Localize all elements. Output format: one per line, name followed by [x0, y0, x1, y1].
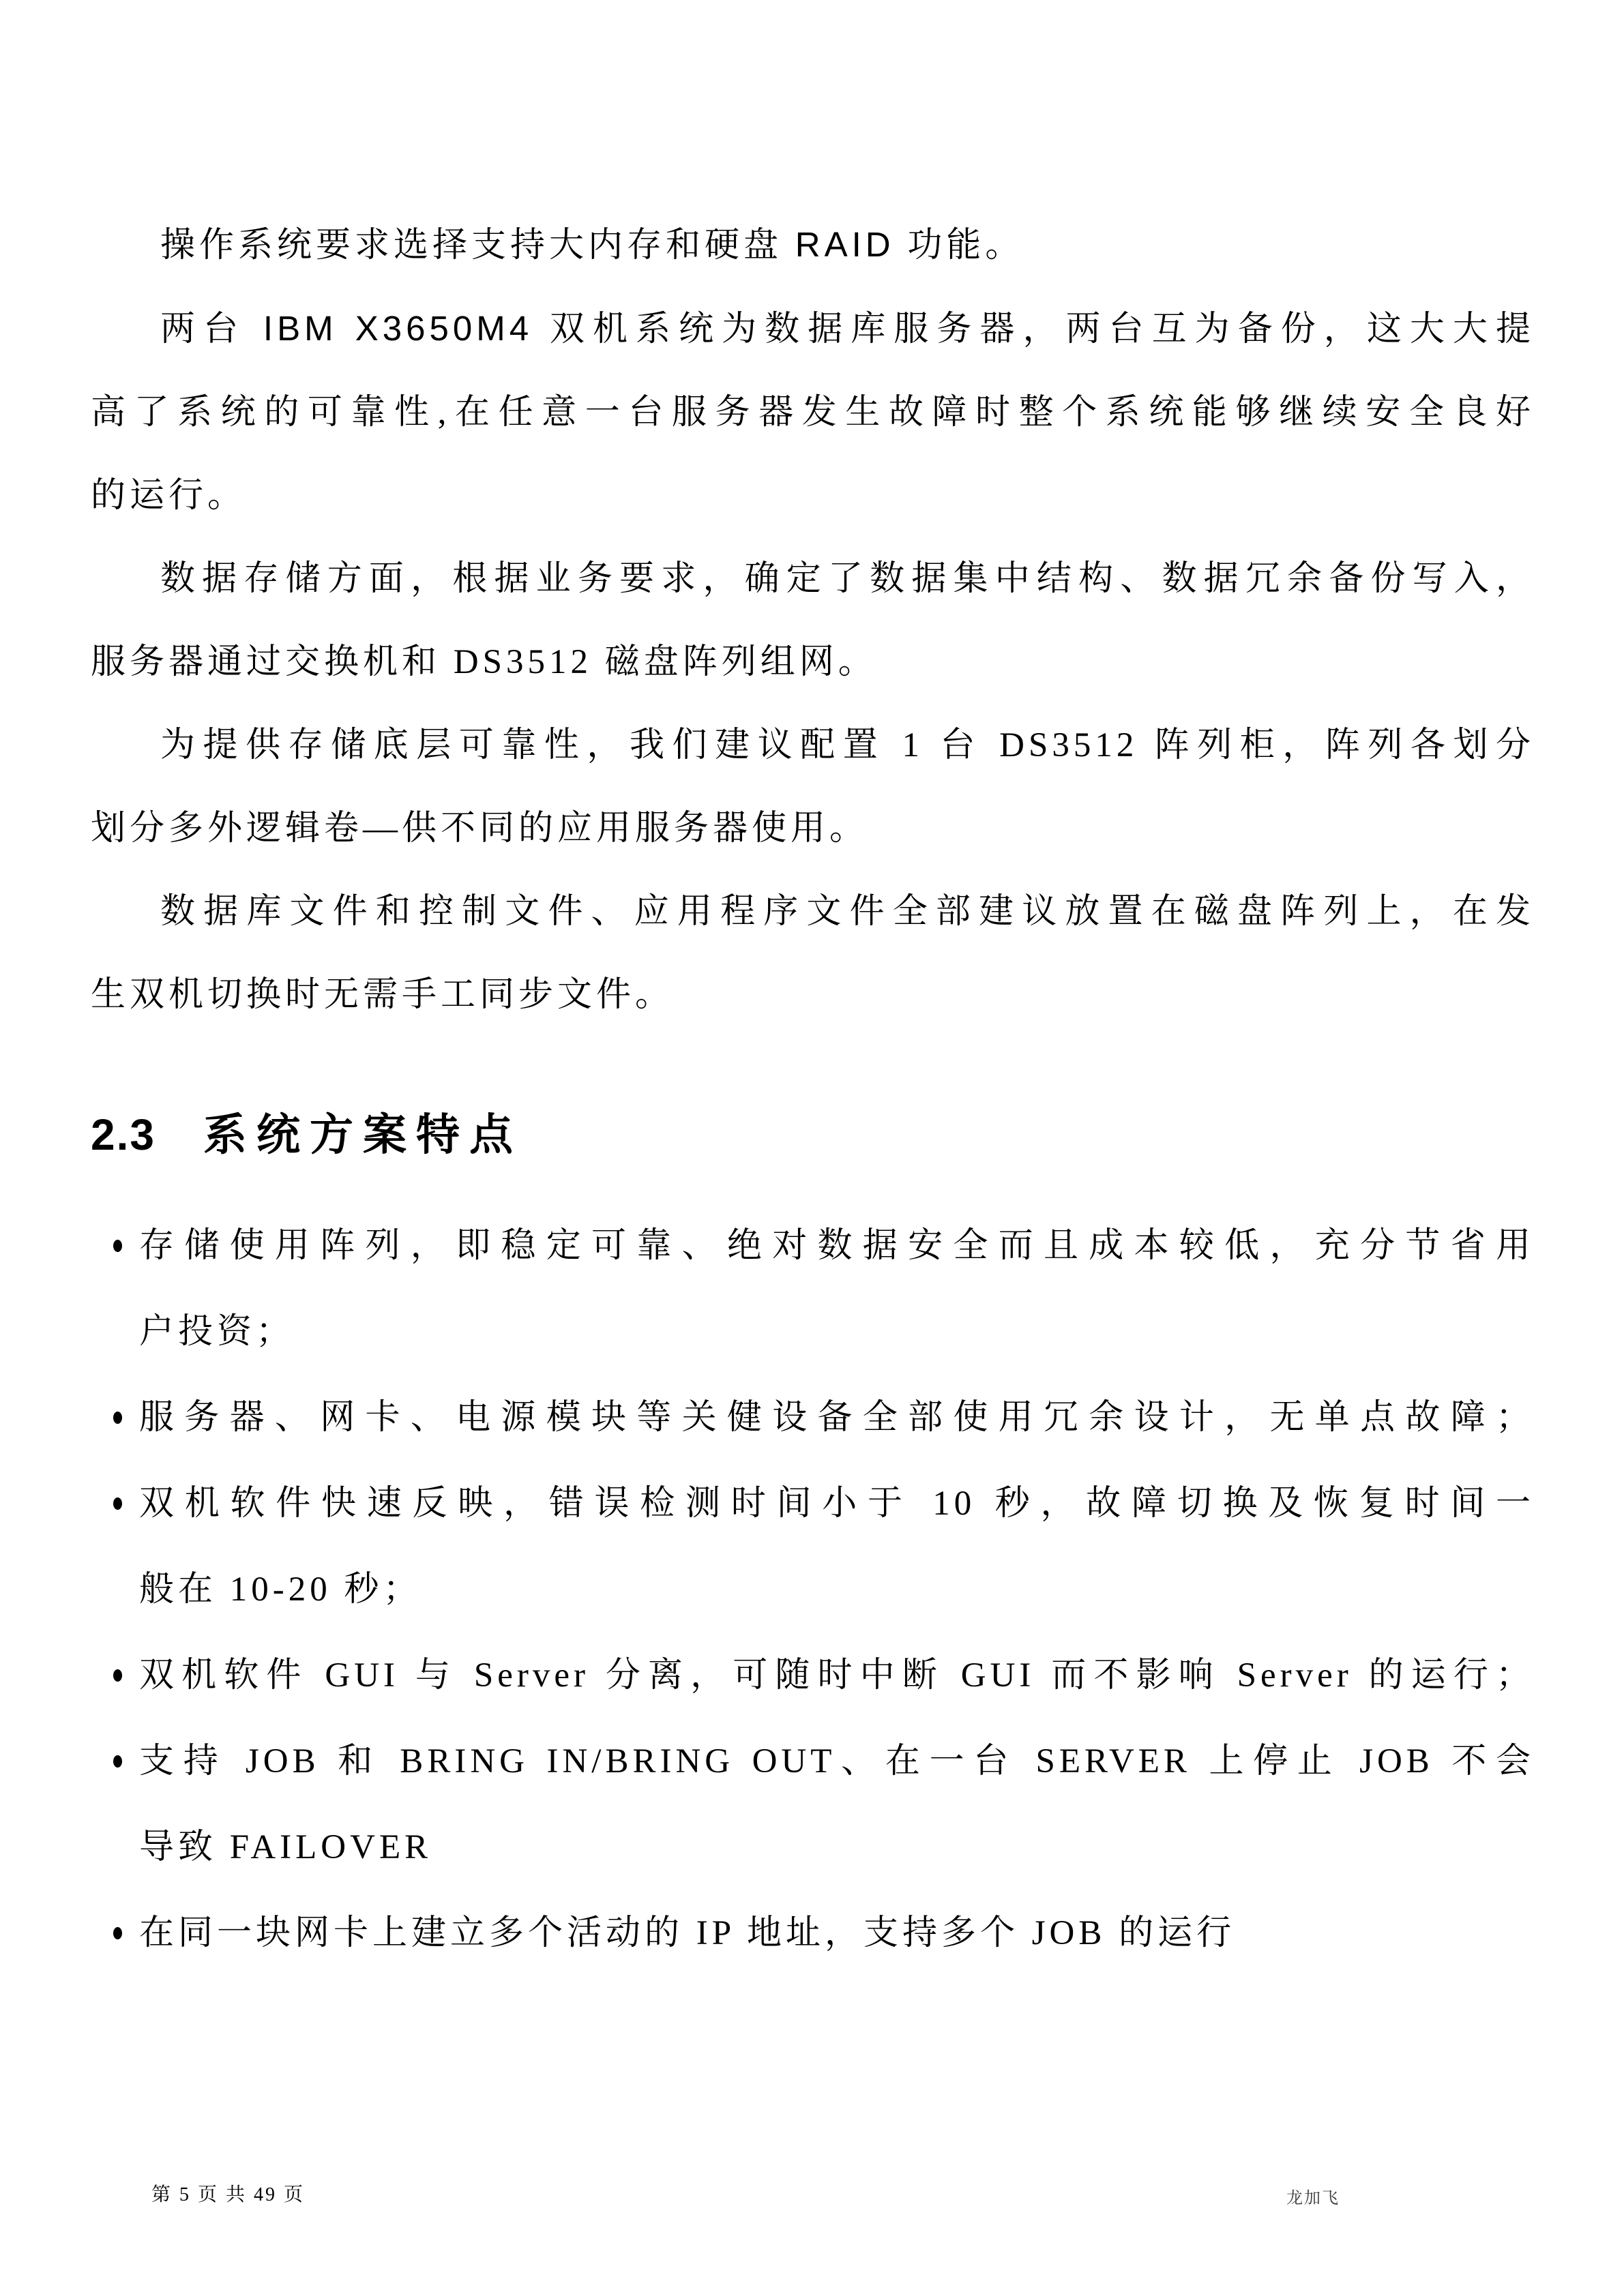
- bullet-item-3-line-2: 般在 10-20 秒；: [91, 1547, 1535, 1632]
- bullet-icon: [113, 1669, 122, 1682]
- text-run: 功能。: [895, 226, 1024, 265]
- text-run: 数据存储方面，根据业务要求，确定了数据集中结构、数据冗余备份写入，: [160, 560, 1535, 598]
- bullet-icon: [113, 1755, 122, 1768]
- text-run: 存储使用阵列，即稳定可靠、绝对数据安全而且成本较低，充分节省用: [139, 1227, 1535, 1265]
- bullet-icon: [113, 1412, 122, 1424]
- section-heading: 2.3系统方案特点: [91, 1104, 1535, 1165]
- text-run: 的运行。: [91, 477, 246, 515]
- text-run: 户投资；: [139, 1313, 295, 1351]
- footer-author: 龙加飞: [1286, 2184, 1340, 2208]
- text-run: 数据库文件和控制文件、应用程序文件全部建议放置在磁盘阵列上，在发: [160, 893, 1535, 931]
- bullet-list: 存储使用阵列，即稳定可靠、绝对数据安全而且成本较低，充分节省用 户投资； 服务器…: [91, 1203, 1535, 1976]
- text-run: 导致 FAILOVER: [139, 1828, 432, 1866]
- text-run: 双机系统为数据库服务器，两台互为备份，这大大提: [533, 310, 1535, 348]
- text-run: 双机软件 GUI 与 Server 分离，可随时中断 GUI 而不影响 Serv…: [139, 1656, 1535, 1695]
- bullet-icon: [113, 1497, 122, 1510]
- bullet-item-2-line-1: 服务器、网卡、电源模块等关健设备全部使用冗余设计，无单点故障；: [91, 1375, 1535, 1461]
- bullet-item-4-line-1: 双机软件 GUI 与 Server 分离，可随时中断 GUI 而不影响 Serv…: [91, 1632, 1535, 1718]
- text-run: 般在 10-20 秒；: [139, 1570, 422, 1609]
- text-run: 在同一块网卡上建立多个活动的 IP 地址，支持多个 JOB 的运行: [139, 1914, 1235, 1952]
- bullet-item-3-line-1: 双机软件快速反映，错误检测时间小于 10 秒，故障切换及恢复时间一: [91, 1461, 1535, 1547]
- paragraph-3-line-2: 服务器通过交换机和 DS3512 磁盘阵列组网。: [91, 621, 1535, 704]
- text-run: 生双机切换时无需手工同步文件。: [91, 976, 674, 1014]
- text-run: 两台: [160, 310, 263, 348]
- text-run: 支持 JOB 和 BRING IN/BRING OUT、在一台 SERVER 上…: [139, 1742, 1535, 1780]
- document-body: 操作系统要求选择支持大内存和硬盘 RAID 功能。 两台 IBM X3650M4…: [91, 203, 1535, 1976]
- text-run: 高了系统的可靠性,在任意一台服务器发生故障时整个系统能够继续安全良好: [91, 393, 1535, 432]
- paragraph-4-line-1: 为提供存储底层可靠性，我们建议配置 1 台 DS3512 阵列柜，阵列各划分: [91, 704, 1535, 787]
- text-run: 划分多外逻辑卷—供不同的应用服务器使用。: [91, 809, 868, 848]
- bullet-item-5-line-1: 支持 JOB 和 BRING IN/BRING OUT、在一台 SERVER 上…: [91, 1718, 1535, 1804]
- paragraph-3-line-1: 数据存储方面，根据业务要求，确定了数据集中结构、数据冗余备份写入，: [91, 537, 1535, 621]
- bullet-item-6-line-1: 在同一块网卡上建立多个活动的 IP 地址，支持多个 JOB 的运行: [91, 1890, 1535, 1976]
- text-run-raid: RAID: [795, 225, 895, 264]
- bullet-icon: [113, 1927, 122, 1939]
- text-run: 双机软件快速反映，错误检测时间小于 10 秒，故障切换及恢复时间一: [139, 1485, 1535, 1523]
- bullet-icon: [113, 1240, 122, 1252]
- paragraph-5-line-2: 生双机切换时无需手工同步文件。: [91, 953, 1535, 1037]
- section-title: 系统方案特点: [203, 1110, 522, 1159]
- document-page: 操作系统要求选择支持大内存和硬盘 RAID 功能。 两台 IBM X3650M4…: [0, 0, 1624, 2296]
- text-run: 服务器、网卡、电源模块等关健设备全部使用冗余设计，无单点故障；: [139, 1399, 1535, 1437]
- text-run-ibm-model: IBM X3650M4: [263, 309, 533, 348]
- paragraph-2-line-1: 两台 IBM X3650M4 双机系统为数据库服务器，两台互为备份，这大大提: [91, 287, 1535, 371]
- paragraph-1-line-1: 操作系统要求选择支持大内存和硬盘 RAID 功能。: [91, 203, 1535, 287]
- text-run: 操作系统要求选择支持大内存和硬盘: [160, 226, 795, 265]
- text-run: 为提供存储底层可靠性，我们建议配置 1 台 DS3512 阵列柜，阵列各划分: [160, 726, 1535, 764]
- bullet-item-1-line-2: 户投资；: [91, 1289, 1535, 1375]
- paragraph-4-line-2: 划分多外逻辑卷—供不同的应用服务器使用。: [91, 787, 1535, 870]
- paragraph-2-line-2: 高了系统的可靠性,在任意一台服务器发生故障时整个系统能够继续安全良好: [91, 371, 1535, 454]
- text-run: 服务器通过交换机和 DS3512 磁盘阵列组网。: [91, 643, 877, 681]
- bullet-item-1-line-1: 存储使用阵列，即稳定可靠、绝对数据安全而且成本较低，充分节省用: [91, 1203, 1535, 1289]
- paragraph-2-line-3: 的运行。: [91, 454, 1535, 537]
- paragraph-5-line-1: 数据库文件和控制文件、应用程序文件全部建议放置在磁盘阵列上，在发: [91, 870, 1535, 953]
- footer-page-number: 第 5 页 共 49 页: [151, 2179, 305, 2207]
- bullet-item-5-line-2: 导致 FAILOVER: [91, 1804, 1535, 1890]
- section-number: 2.3: [91, 1104, 156, 1165]
